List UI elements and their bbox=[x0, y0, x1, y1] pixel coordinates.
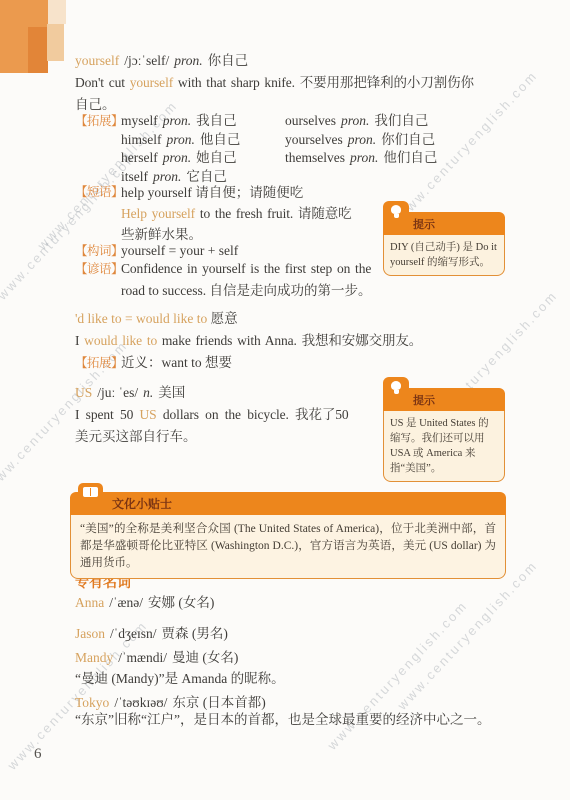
note-line: “东京”旧称“江户”，是日本的首都，也是全球最重要的经济中心之一。 bbox=[75, 709, 490, 731]
headword: 'd like to = would like to bbox=[75, 311, 207, 326]
meaning: 你自己 bbox=[208, 53, 249, 68]
proper-noun-item: Mandy/ˈmændi/曼迪 (女名) bbox=[75, 647, 238, 669]
example-text: with that sharp knife. 不要用那把锋利的小刀割伤你 bbox=[173, 75, 474, 90]
meaning: 我们自己 bbox=[374, 113, 428, 128]
meaning: 美国 bbox=[158, 385, 185, 400]
highlight-word: US bbox=[140, 407, 157, 422]
book-icon bbox=[78, 483, 103, 505]
word: himself bbox=[121, 132, 162, 147]
corner-decoration-square bbox=[47, 24, 64, 61]
meaning: 贾森 (男名) bbox=[162, 626, 228, 641]
example-text: make friends with Anna. 我想和安娜交朋友。 bbox=[157, 333, 422, 348]
word: myself bbox=[121, 113, 158, 128]
example-line: 美元买这部自行车。 bbox=[75, 426, 349, 448]
example-text: I bbox=[75, 333, 84, 348]
headword: US bbox=[75, 385, 92, 400]
tag-label: 【谚语】 bbox=[75, 258, 121, 302]
meaning: 我自己 bbox=[196, 113, 237, 128]
headword: yourself bbox=[75, 53, 119, 68]
pos-label: pron. bbox=[341, 113, 369, 128]
pos-label: n. bbox=[143, 385, 153, 400]
word: Tokyo bbox=[75, 695, 109, 710]
meaning: 曼迪 (女名) bbox=[172, 650, 238, 665]
meaning: 他们自己 bbox=[383, 150, 437, 165]
phonetic: /ˈdʒeɪsn/ bbox=[110, 626, 157, 641]
entry-dliketo-example: I would like to make friends with Anna. … bbox=[75, 330, 422, 352]
example-line: Don't cut yourself with that sharp knife… bbox=[75, 72, 474, 94]
culture-title: 文化小贴士 bbox=[112, 497, 172, 511]
meaning: 愿意 bbox=[207, 311, 237, 326]
dictionary-page: www.centuryenglish.com www.centuryenglis… bbox=[0, 0, 570, 800]
tip-header: 提示 bbox=[383, 388, 505, 411]
example-text: to the fresh fruit. 请随意吃 bbox=[195, 206, 351, 221]
tip-title: 提示 bbox=[413, 219, 435, 231]
culture-header: 文化小贴士 bbox=[70, 492, 506, 515]
meaning: 东京 (日本首都) bbox=[172, 695, 265, 710]
pos-label: pron. bbox=[174, 53, 202, 68]
corner-decoration-square bbox=[28, 27, 48, 73]
phonetic: /jɔːˈself/ bbox=[124, 53, 169, 68]
proper-noun-item: Jason/ˈdʒeɪsn/贾森 (男名) bbox=[75, 623, 228, 645]
word: ourselves bbox=[285, 113, 336, 128]
pos-label: pron. bbox=[163, 150, 191, 165]
word: Anna bbox=[75, 595, 104, 610]
tip-header: 提示 bbox=[383, 212, 505, 235]
meaning: 她自己 bbox=[196, 150, 237, 165]
proverb-line: road to success. 自信是走向成功的第一步。 bbox=[121, 280, 371, 302]
tip-box-us: 提示 US 是 United States 的缩写。我们还可以用 USA 或 A… bbox=[383, 388, 505, 482]
expansion-row: myselfpron.我自己 ourselvespron.我们自己 bbox=[121, 112, 437, 131]
note-line: “曼迪 (Mandy)”是 Amanda 的昵称。 bbox=[75, 668, 285, 690]
word: Jason bbox=[75, 626, 105, 641]
example-text: Don't cut bbox=[75, 75, 130, 90]
phonetic: /juː ˈes/ bbox=[97, 385, 138, 400]
word: themselves bbox=[285, 150, 345, 165]
phonetic: /ˈtəʊkɪəʊ/ bbox=[114, 695, 167, 710]
phrase-block: 【短语】 help yourself 请自便；请随便吃 Help yoursel… bbox=[75, 182, 352, 245]
lightbulb-icon bbox=[383, 377, 409, 401]
phrase-line: help yourself 请自便；请随便吃 bbox=[121, 182, 352, 203]
meaning: 他自己 bbox=[200, 132, 241, 147]
tip-text: DIY (自己动手) 是 Do it yourself 的缩写形式。 bbox=[383, 235, 505, 276]
word: Mandy bbox=[75, 650, 113, 665]
lightbulb-icon bbox=[383, 201, 409, 225]
pos-label: pron. bbox=[350, 150, 378, 165]
proverb-line: Confidence in yourself is the first step… bbox=[121, 258, 371, 280]
phonetic: /ˈmændi/ bbox=[118, 650, 167, 665]
meaning: 你们自己 bbox=[381, 132, 435, 147]
expansion-table: myselfpron.我自己 ourselvespron.我们自己 himsel… bbox=[121, 112, 437, 186]
expansion-row: himselfpron.他自己 yourselvespron.你们自己 bbox=[121, 131, 437, 150]
entry-us-head: US/juː ˈes/n.美国 bbox=[75, 382, 185, 404]
phonetic: /ˈænə/ bbox=[109, 595, 143, 610]
highlight-word: would like to bbox=[84, 333, 157, 348]
expansion-row: herselfpron.她自己 themselvespron.他们自己 bbox=[121, 149, 437, 168]
proper-noun-item: Anna/ˈænə/安娜 (女名) bbox=[75, 592, 214, 614]
highlight-word: Help yourself bbox=[121, 206, 195, 221]
proverb-block: 【谚语】 Confidence in yourself is the first… bbox=[75, 258, 371, 302]
phrase-example-line: Help yourself to the fresh fruit. 请随意吃 bbox=[121, 203, 352, 224]
tip-box-diy: 提示 DIY (自己动手) 是 Do it yourself 的缩写形式。 bbox=[383, 212, 505, 276]
example-text: I spent 50 bbox=[75, 407, 140, 422]
expansion-block: 【拓展】 myselfpron.我自己 ourselvespron.我们自己 h… bbox=[75, 112, 437, 186]
watermark: www.centuryenglish.com bbox=[395, 558, 541, 713]
word: herself bbox=[121, 150, 158, 165]
example-line: I spent 50 US dollars on the bicycle. 我花… bbox=[75, 404, 349, 426]
tag-label: 【拓展】 bbox=[75, 352, 121, 374]
page-number: 6 bbox=[34, 746, 42, 763]
example-text: dollars on the bicycle. 我花了50 bbox=[157, 407, 349, 422]
culture-box: 文化小贴士 “美国”的全称是美利坚合众国 (The United States … bbox=[70, 492, 506, 579]
entry-yourself-example: Don't cut yourself with that sharp knife… bbox=[75, 72, 474, 116]
entry-us-example: I spent 50 US dollars on the bicycle. 我花… bbox=[75, 404, 349, 448]
entry-dliketo-head: 'd like to = would like to 愿意 bbox=[75, 308, 238, 330]
tip-text: US 是 United States 的缩写。我们还可以用 USA 或 Amer… bbox=[383, 411, 505, 482]
pos-label: pron. bbox=[163, 113, 191, 128]
culture-text: “美国”的全称是美利坚合众国 (The United States of Ame… bbox=[70, 515, 506, 579]
pos-label: pron. bbox=[348, 132, 376, 147]
tag-label: 【短语】 bbox=[75, 182, 121, 245]
expansion-text: 近义：want to 想要 bbox=[121, 352, 232, 374]
corner-decoration-square bbox=[48, 0, 66, 24]
entry-yourself-head: yourself/jɔːˈself/pron.你自己 bbox=[75, 50, 248, 72]
word: yourselves bbox=[285, 132, 343, 147]
tip-title: 提示 bbox=[413, 395, 435, 407]
meaning: 安娜 (女名) bbox=[148, 595, 214, 610]
dliketo-expansion: 【拓展】 近义：want to 想要 bbox=[75, 352, 232, 374]
highlight-word: yourself bbox=[130, 75, 173, 90]
pos-label: pron. bbox=[167, 132, 195, 147]
tag-label: 【拓展】 bbox=[75, 112, 121, 186]
